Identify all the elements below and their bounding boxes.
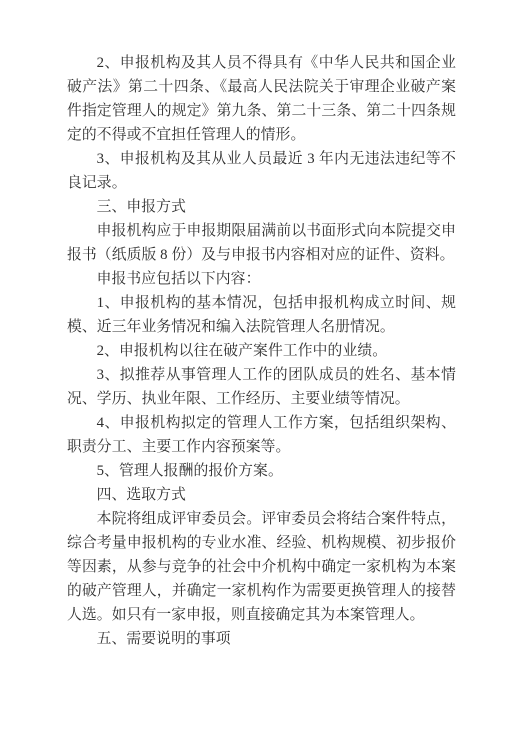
document-paragraph: 申报机构应于申报期限届满前以书面形式向本院提交申报书（纸质版 8 份）及与申报书… [67, 219, 456, 267]
document-body: 2、申报机构及其人员不得具有《中华人民共和国企业破产法》第二十四条、《最高人民法… [67, 51, 456, 651]
document-paragraph: 5、管理人报酬的报价方案。 [67, 459, 456, 483]
document-paragraph: 3、拟推荐从事管理人工作的团队成员的姓名、基本情况、学历、执业年限、工作经历、主… [67, 363, 456, 411]
document-paragraph: 4、申报机构拟定的管理人工作方案，包括组织架构、职责分工、主要工作内容预案等。 [67, 411, 456, 459]
document-heading: 四、选取方式 [67, 483, 456, 507]
document-paragraph: 2、申报机构及其人员不得具有《中华人民共和国企业破产法》第二十四条、《最高人民法… [67, 51, 456, 147]
document-heading: 三、申报方式 [67, 195, 456, 219]
document-paragraph: 3、申报机构及其从业人员最近 3 年内无违法违纪等不良记录。 [67, 147, 456, 195]
document-paragraph: 2、申报机构以往在破产案件工作中的业绩。 [67, 339, 456, 363]
document-paragraph: 本院将组成评审委员会。评审委员会将结合案件特点，综合考量申报机构的专业水准、经验… [67, 507, 456, 627]
document-heading: 五、需要说明的事项 [67, 627, 456, 651]
document-paragraph: 申报书应包括以下内容： [67, 267, 456, 291]
document-page: 2、申报机构及其人员不得具有《中华人民共和国企业破产法》第二十四条、《最高人民法… [0, 0, 521, 732]
document-paragraph: 1、申报机构的基本情况，包括申报机构成立时间、规模、近三年业务情况和编入法院管理… [67, 291, 456, 339]
